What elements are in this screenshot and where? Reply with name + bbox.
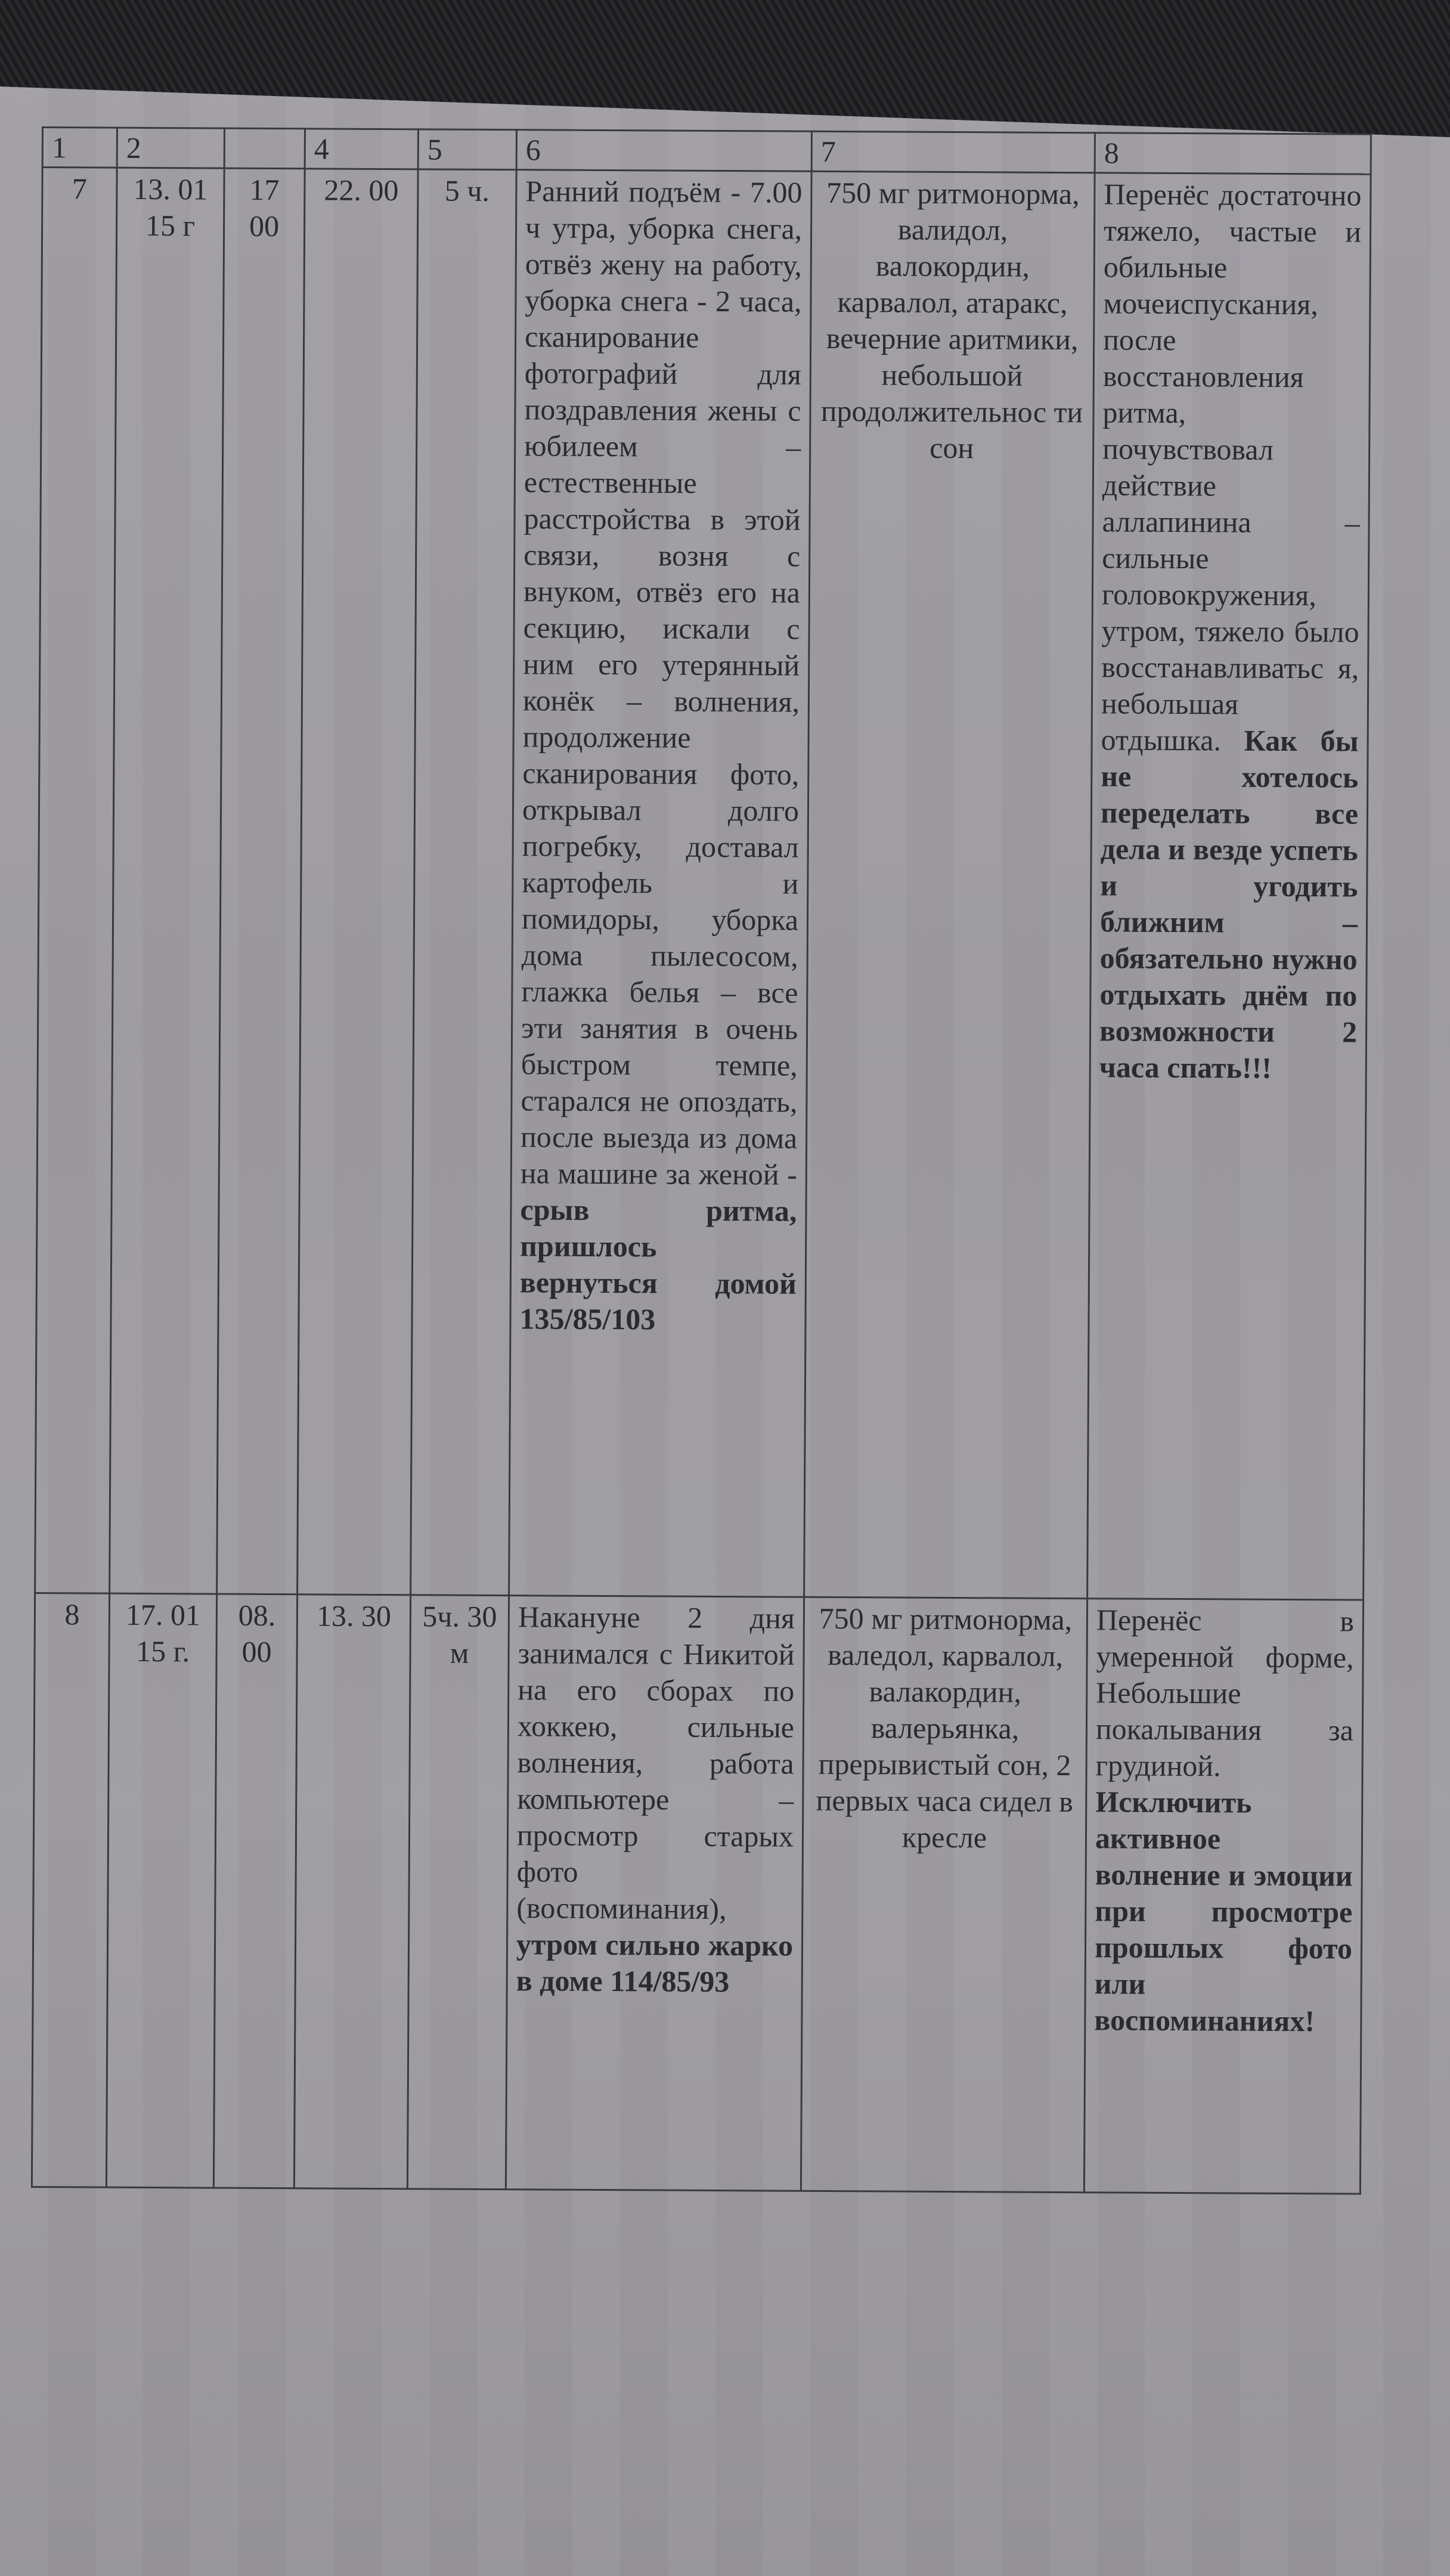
notes-recommendation: Исключить активное волнение и эмоции при… xyxy=(1094,1785,1353,2038)
table-row: 8 17. 01 15 г. 08. 00 13. 30 5ч. 30 м На… xyxy=(32,1593,1363,2194)
entry-duration: 5ч. 30 м xyxy=(407,1595,509,2190)
entry-end-time: 13. 30 xyxy=(294,1594,410,2189)
column-header-6: 6 xyxy=(516,130,811,172)
activity-highlight: срыв ритма, пришлось вернуться домой 135… xyxy=(519,1193,797,1336)
activity-text: Накануне 2 дня занимался с Никитой на ег… xyxy=(516,1600,795,1925)
column-header-4: 4 xyxy=(305,129,418,169)
entry-notes: Перенёс в умеренной форме, Небольшие пок… xyxy=(1084,1599,1363,2194)
entry-activity: Накануне 2 дня занимался с Никитой на ег… xyxy=(506,1596,804,2191)
column-header-1: 1 xyxy=(42,128,117,168)
entry-number: 8 xyxy=(32,1593,109,2187)
entry-number: 7 xyxy=(35,168,117,1594)
entry-date: 17. 01 15 г. xyxy=(106,1593,216,2188)
column-header-5: 5 xyxy=(418,129,516,170)
entry-duration: 5 ч. xyxy=(411,169,517,1596)
entry-date: 13. 01 15 г xyxy=(110,168,225,1594)
entry-start-time: 08. 00 xyxy=(213,1594,297,2188)
activity-highlight: утром сильно жарко в доме 114/85/93 xyxy=(516,1927,794,1998)
entry-notes: Перенёс достаточно тяжело, частые и обил… xyxy=(1087,173,1371,1600)
column-header-3 xyxy=(224,128,305,169)
column-header-2: 2 xyxy=(117,128,224,168)
entry-end-time: 22. 00 xyxy=(298,169,419,1595)
diary-table: 1 2 4 5 6 7 8 7 13. 01 15 г 17 00 22. 00… xyxy=(31,126,1372,2195)
notes-text: Перенёс в умеренной форме, Небольшие пок… xyxy=(1095,1603,1354,1782)
activity-text: Ранний подъём - 7.00 ч утра, уборка снег… xyxy=(520,174,803,1191)
entry-medication: 750 мг ритмонорма, валедол, карвалол, ва… xyxy=(801,1597,1087,2192)
column-header-8: 8 xyxy=(1095,133,1371,174)
entry-activity: Ранний подъём - 7.00 ч утра, уборка снег… xyxy=(509,170,812,1597)
table-row: 7 13. 01 15 г 17 00 22. 00 5 ч. Ранний п… xyxy=(35,168,1371,1600)
entry-medication: 750 мг ритмонорма, валидол, валокордин, … xyxy=(804,171,1095,1598)
column-header-7: 7 xyxy=(811,131,1095,172)
notes-recommendation: Как бы не хотелось переделать все дела и… xyxy=(1099,724,1359,1085)
notes-text: Перенёс достаточно тяжело, частые и обил… xyxy=(1101,177,1361,757)
header-row: 1 2 4 5 6 7 8 xyxy=(42,128,1371,175)
entry-start-time: 17 00 xyxy=(217,168,305,1594)
